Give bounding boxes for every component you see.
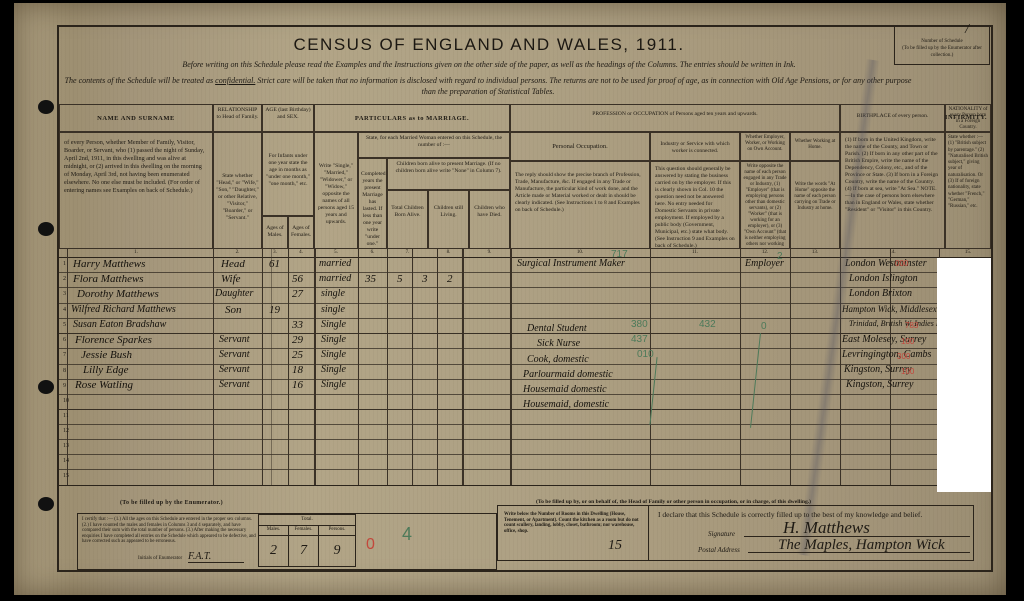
- marital-status: Single: [321, 319, 346, 330]
- schedule-frame: CENSUS OF ENGLAND AND WALES, 1911. Befor…: [57, 25, 993, 572]
- person-name: Dorothy Matthews: [77, 288, 159, 300]
- row-number: 15: [63, 473, 69, 479]
- rooms-label: Write below the Number of Rooms in this …: [504, 512, 644, 534]
- children-living: 3: [422, 273, 428, 285]
- enumerator-certify: I certify that :— (1.) All the ages on t…: [82, 517, 256, 545]
- person-name: Wilfred Richard Matthews: [71, 304, 176, 315]
- person-name: Harry Matthews: [73, 258, 145, 270]
- person-name: Jessie Bush: [81, 349, 132, 361]
- signature-value: H. Matthews: [783, 518, 870, 538]
- address-label: Postal Address: [698, 546, 740, 554]
- header-employer: Whether Employer, Worker, or Working on …: [740, 132, 790, 161]
- header-age: AGE (last Birthday) and SEX.: [262, 104, 314, 132]
- row-number: 9: [63, 383, 66, 389]
- age-male: 61: [269, 258, 280, 270]
- schedule-number-note: (To be filled up by the Enumerator after…: [895, 45, 989, 59]
- total-persons: 9: [319, 536, 355, 567]
- header-children-living: Children still Living.: [428, 190, 469, 249]
- row-number: 12: [63, 428, 69, 434]
- header-profession: PROFESSION or OCCUPATION of Persons aged…: [510, 104, 840, 132]
- occupation: Dental Student: [527, 323, 587, 334]
- total-males: 2: [259, 536, 289, 567]
- marital-status: married: [319, 273, 351, 284]
- birthplace: Hampton Wick, Middlesex: [842, 304, 937, 314]
- instruction-line: Before writing on this Schedule please r…: [59, 60, 919, 69]
- birthplace-code: 100: [901, 367, 914, 376]
- relationship: Daughter: [215, 288, 253, 299]
- row-number: 7: [63, 352, 66, 358]
- header-at-home-desc: Write the words "At Home" opposite the n…: [790, 161, 840, 249]
- header-industry: Industry or Service with which worker is…: [650, 132, 740, 161]
- relationship: Head: [221, 258, 245, 270]
- birthplace-code: 100: [901, 337, 914, 346]
- age-female: 25: [292, 349, 303, 361]
- occupation: Sick Nurse: [537, 338, 580, 349]
- binding-hole: [38, 380, 54, 394]
- totals-table: Total. Males. Females. Persons. 2 7 9: [258, 514, 356, 567]
- row-number: 10: [63, 398, 69, 404]
- birthplace: Kingston, Surrey: [846, 379, 913, 390]
- enumerator-mark: 4: [402, 524, 412, 545]
- rooms-box: Write below the Number of Rooms in this …: [498, 506, 649, 560]
- occupation: Housemaid domestic: [523, 384, 607, 395]
- birthplace: London Westminster: [845, 258, 927, 269]
- binding-hole: [38, 497, 54, 511]
- marital-status: single: [321, 288, 345, 299]
- schedule-number-value: /: [965, 26, 969, 33]
- header-age-desc: For Infants under one year state the age…: [262, 132, 314, 216]
- birthplace: London Brixton: [849, 288, 912, 299]
- schedule-number-label: Number of Schedule: [895, 38, 989, 45]
- row-number: 3: [63, 291, 66, 297]
- header-name-desc: of every Person, whether Member of Famil…: [59, 132, 213, 249]
- years-married: 35: [365, 273, 376, 285]
- birthplace: London Islington: [849, 273, 918, 284]
- redaction-block: [937, 258, 991, 492]
- binding-hole: [38, 100, 54, 114]
- occupation-code: 717: [611, 249, 628, 260]
- age-female: 27: [292, 288, 303, 300]
- header-years-married: Completed years the present Marriage has…: [358, 158, 387, 249]
- industry-code: 432: [699, 319, 716, 330]
- relationship: Servant: [219, 364, 250, 375]
- schedule-number-box: Number of Schedule (To be filled up by t…: [894, 25, 990, 65]
- relationship: Servant: [219, 379, 250, 390]
- person-name: Susan Eaton Bradshaw: [73, 319, 166, 330]
- row-number: 14: [63, 458, 69, 464]
- person-name: Rose Watling: [75, 379, 133, 391]
- header-children-total: Total Children Born Alive.: [387, 190, 428, 249]
- marital-status: Single: [321, 379, 346, 390]
- marital-status: single: [321, 304, 345, 315]
- header-married-woman: State, for each Married Woman entered on…: [358, 132, 510, 158]
- occupation-code: 380: [631, 319, 648, 330]
- signature-label: Signature: [708, 530, 735, 538]
- header-age-females: Ages of Females.: [288, 216, 314, 249]
- header-employer-desc: Write opposite the name of each person e…: [740, 161, 790, 249]
- person-name: Lilly Edge: [83, 364, 129, 376]
- birthplace-code: 783: [905, 321, 918, 330]
- relationship: Wife: [221, 273, 241, 285]
- row-number: 8: [63, 368, 66, 374]
- age-female: 56: [292, 273, 303, 285]
- relationship: Son: [225, 304, 242, 316]
- row-number: 13: [63, 443, 69, 449]
- header-industry-desc: This question should generally be answer…: [650, 161, 740, 249]
- header-at-home: Whether Working at Home.: [790, 132, 840, 161]
- employer-code: 0: [761, 321, 767, 332]
- birthplace-code: 000: [895, 259, 908, 268]
- header-children: Children born alive to present Marriage.…: [387, 158, 510, 190]
- marital-status: Single: [321, 364, 346, 375]
- header-relationship: RELATIONSHIP to Head of Family.: [213, 104, 262, 132]
- confidential-notice: The contents of the Schedule will be tre…: [63, 75, 913, 97]
- age-female: 29: [292, 334, 303, 346]
- employer-code: 2: [777, 251, 783, 262]
- occupation-code: 010: [637, 349, 654, 360]
- row-number: 2: [63, 276, 66, 282]
- header-infirmity: INFIRMITY.: [939, 104, 993, 132]
- birthplace-code: 300: [897, 352, 910, 361]
- relationship: Servant: [219, 334, 250, 345]
- header-personal-occupation: Personal Occupation.: [510, 132, 650, 161]
- occupation: Surgical Instrument Maker: [517, 258, 625, 269]
- children-died: 2: [447, 273, 453, 285]
- birthplace: Levringington, Cambs: [842, 349, 931, 360]
- marital-status: Single: [321, 334, 346, 345]
- header-children-died: Children who have Died.: [469, 190, 510, 249]
- age-female: 18: [292, 364, 303, 376]
- person-name: Flora Matthews: [73, 273, 144, 285]
- address-value: The Maples, Hampton Wick: [778, 537, 945, 554]
- enumerator-initials: F.A.T.: [188, 551, 244, 563]
- enumerator-title: (To be filled up by the Enumerator.): [120, 500, 223, 506]
- age-female: 16: [292, 379, 303, 391]
- header-age-males: Ages of Males.: [262, 216, 288, 249]
- occupation-code: 437: [631, 334, 648, 345]
- header-marriage-status-desc: Write "Single," "Married," "Widower," or…: [314, 132, 358, 249]
- relationship: Servant: [219, 349, 250, 360]
- occupation: Cook, domestic: [527, 354, 589, 365]
- row-number: 6: [63, 337, 66, 343]
- enumerator-mark: 0: [366, 536, 375, 554]
- age-female: 33: [292, 319, 303, 331]
- children-total: 5: [397, 273, 403, 285]
- header-marriage: PARTICULARS as to MARRIAGE.: [314, 104, 510, 132]
- header-personal-occupation-desc: The reply should show the precise branch…: [510, 161, 650, 249]
- total-females: 7: [289, 536, 319, 567]
- enumerator-initials-label: Initials of Enumerator: [138, 556, 182, 561]
- rooms-value: 15: [608, 538, 622, 554]
- row-number: 4: [63, 307, 66, 313]
- marital-status: Single: [321, 349, 346, 360]
- header-name: NAME AND SURNAME: [59, 104, 213, 132]
- row-number: 1: [63, 261, 66, 267]
- head-of-family-box: Write below the Number of Rooms in this …: [497, 505, 974, 561]
- enumerator-box: I certify that :— (1.) All the ages on t…: [77, 513, 497, 570]
- person-name: Florence Sparkes: [75, 334, 152, 346]
- binding-hole: [38, 222, 54, 236]
- row-number: 5: [63, 322, 66, 328]
- page-title: CENSUS OF ENGLAND AND WALES, 1911.: [59, 35, 919, 55]
- age-male: 19: [269, 304, 280, 316]
- header-nationality-desc: State whether :— (1) "British subject by…: [945, 132, 991, 249]
- header-relationship-desc: State whether "Head," or "Wife," "Son," …: [213, 132, 262, 249]
- occupation: Housemaid, domestic: [523, 399, 609, 410]
- marital-status: married: [319, 258, 351, 269]
- row-number: 11: [63, 413, 69, 419]
- occupation: Parlourmaid domestic: [523, 369, 613, 380]
